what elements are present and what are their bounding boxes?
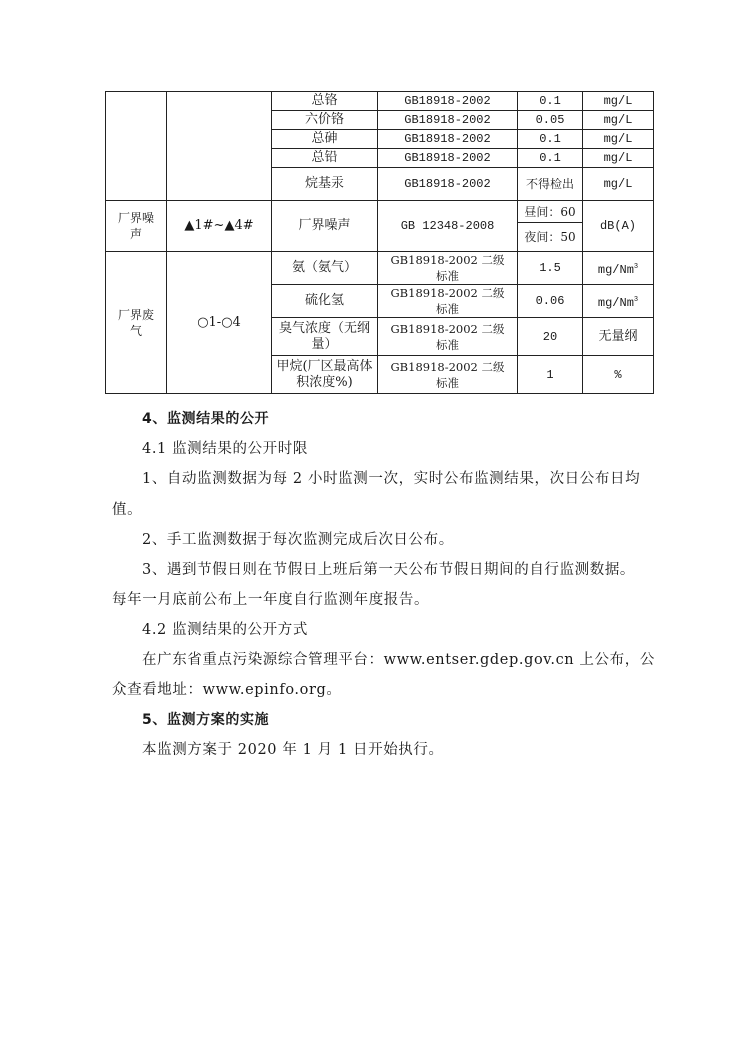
standard-cell: GB18918-2002: [378, 130, 518, 149]
item-cell: 硫化氢: [272, 285, 378, 318]
limit-cell: 不得检出: [518, 168, 583, 201]
standard-cell: GB18918-2002: [378, 168, 518, 201]
unit-text: mg/Nm: [598, 263, 634, 277]
monitoring-table: 总铬 GB18918-2002 0.1 mg/L 六价铬 GB18918-200…: [105, 91, 654, 394]
item-cell: 氨（氨气）: [272, 252, 378, 285]
item-cell-noise: 厂界噪声: [272, 201, 378, 252]
table-row-gas: 厂界废气 ○1-○4 氨（氨气） GB18918-2002 二级标准 1.5 m…: [106, 252, 654, 285]
unit-cell: mg/L: [583, 130, 654, 149]
category-cell-empty: [106, 92, 167, 201]
unit-cell: 无量纲: [583, 318, 654, 356]
document-page: 总铬 GB18918-2002 0.1 mg/L 六价铬 GB18918-200…: [0, 0, 743, 1050]
standard-cell: GB18918-2002 二级标准: [378, 252, 518, 285]
item-cell: 六价铬: [272, 111, 378, 130]
limit-cell-day: 昼间：60: [518, 201, 583, 223]
paragraph-4-line-1: 在广东省重点污染源综合管理平台：www.entser.gdep.gov.cn 上…: [142, 650, 662, 670]
limit-cell: 20: [518, 318, 583, 356]
section-4-1-heading: 4.1 监测结果的公开时限: [142, 439, 662, 459]
unit-superscript: 3: [634, 263, 638, 271]
item-cell: 甲烷(厂区最高体积浓度%): [272, 356, 378, 394]
section-4-2-heading: 4.2 监测结果的公开方式: [142, 620, 662, 640]
unit-cell: mg/L: [583, 111, 654, 130]
item-cell: 烷基汞: [272, 168, 378, 201]
paragraph-3-line-1: 3、遇到节假日则在节假日上班后第一天公布节假日期间的自行监测数据。: [142, 560, 662, 580]
standard-cell: GB18918-2002 二级标准: [378, 356, 518, 394]
unit-cell: mg/Nm3: [583, 285, 654, 318]
standard-cell-noise: GB 12348-2008: [378, 201, 518, 252]
item-cell: 总铬: [272, 92, 378, 111]
paragraph-1-line-1: 1、自动监测数据为每 2 小时监测一次，实时公布监测结果，次日公布日均: [142, 469, 662, 489]
standard-cell: GB18918-2002 二级标准: [378, 285, 518, 318]
limit-cell: 0.06: [518, 285, 583, 318]
paragraph-4-line-2: 众查看地址：www.epinfo.org。: [112, 680, 632, 700]
unit-superscript: 3: [634, 296, 638, 304]
section-5-heading: 5、监测方案的实施: [142, 710, 662, 730]
standard-cell: GB18918-2002: [378, 149, 518, 168]
paragraph-1-line-2: 值。: [112, 500, 632, 520]
limit-cell: 1: [518, 356, 583, 394]
limit-cell: 0.05: [518, 111, 583, 130]
points-cell-gas: ○1-○4: [167, 252, 272, 394]
standard-cell: GB18918-2002: [378, 111, 518, 130]
paragraph-2: 2、手工监测数据于每次监测完成后次日公布。: [142, 530, 662, 550]
standard-cell: GB18918-2002: [378, 92, 518, 111]
item-cell: 臭气浓度（无纲量）: [272, 318, 378, 356]
limit-cell: 0.1: [518, 130, 583, 149]
limit-cell-night: 夜间：50: [518, 223, 583, 252]
unit-text: mg/Nm: [598, 296, 634, 310]
limit-cell: 0.1: [518, 92, 583, 111]
paragraph-3-line-2: 每年一月底前公布上一年度自行监测年度报告。: [112, 590, 632, 610]
unit-cell-noise: dB(A): [583, 201, 654, 252]
standard-cell: GB18918-2002 二级标准: [378, 318, 518, 356]
unit-cell: mg/L: [583, 92, 654, 111]
category-cell-noise: 厂界噪声: [106, 201, 167, 252]
category-cell-gas: 厂界废气: [106, 252, 167, 394]
table-row-noise-day: 厂界噪声 ▲1#~▲4# 厂界噪声 GB 12348-2008 昼间：60 dB…: [106, 201, 654, 223]
section-4-heading: 4、监测结果的公开: [142, 409, 662, 429]
points-cell-empty: [167, 92, 272, 201]
limit-cell: 1.5: [518, 252, 583, 285]
unit-cell: mg/L: [583, 168, 654, 201]
limit-cell: 0.1: [518, 149, 583, 168]
table-row: 总铬 GB18918-2002 0.1 mg/L: [106, 92, 654, 111]
unit-cell: %: [583, 356, 654, 394]
unit-cell: mg/L: [583, 149, 654, 168]
paragraph-5: 本监测方案于 2020 年 1 月 1 日开始执行。: [142, 740, 662, 760]
item-cell: 总铅: [272, 149, 378, 168]
item-cell: 总砷: [272, 130, 378, 149]
unit-cell: mg/Nm3: [583, 252, 654, 285]
points-cell-noise: ▲1#~▲4#: [167, 201, 272, 252]
